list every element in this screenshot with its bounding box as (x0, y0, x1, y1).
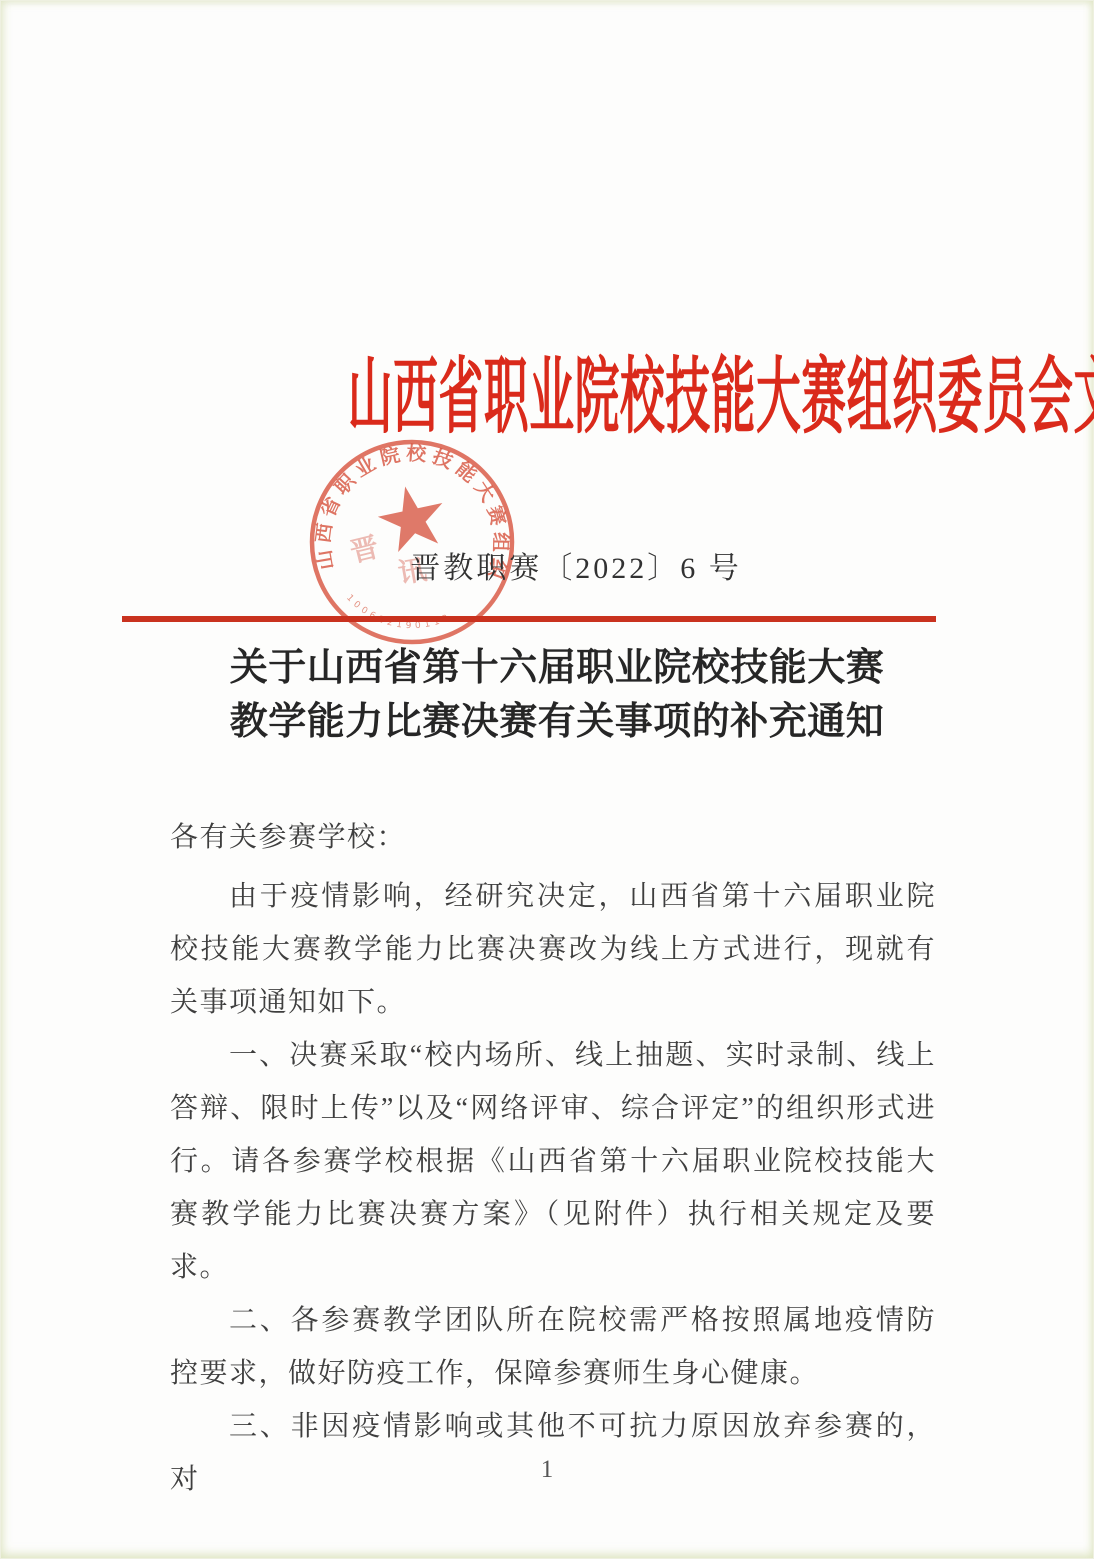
body-paragraph-4: 三、非因疫情影响或其他不可抗力原因放弃参赛的，对 (170, 1400, 936, 1506)
document-page: 山西省职业院校技能大赛组织委员会文件 山西省职业院校技能大赛组织委员会 1006… (0, 0, 1094, 1559)
red-header-title-text: 山西省职业院校技能大赛组织委员会文件 (348, 356, 1094, 439)
page-number: 1 (0, 1456, 1094, 1484)
document-title: 关于山西省第十六届职业院校技能大赛 教学能力比赛决赛有关事项的补充通知 (10, 641, 1094, 749)
body-paragraph-1: 由于疫情影响，经研究决定，山西省第十六届职业院校技能大赛教学能力比赛决赛改为线上… (170, 870, 936, 1029)
body-paragraph-3: 二、各参赛教学团队所在院校需严格按照属地疫情防控要求，做好防疫工作，保障参赛师生… (170, 1294, 936, 1400)
seal-ring-circle (312, 442, 512, 642)
body-paragraph-2: 一、决赛采取“校内场所、线上抽题、实时录制、线上答辩、限时上传”以及“网络评审、… (170, 1029, 936, 1294)
document-number: 晋教职赛〔2022〕6 号 (0, 543, 1094, 587)
document-body: 各有关参赛学校： 由于疫情影响，经研究决定，山西省第十六届职业院校技能大赛教学能… (170, 811, 936, 1506)
red-header-title: 山西省职业院校技能大赛组织委员会文件 (0, 356, 1094, 439)
document-title-line-2: 教学能力比赛决赛有关事项的补充通知 (10, 695, 1094, 749)
red-divider-rule (122, 616, 936, 622)
svg-text:100612190113: 100612190113 (344, 593, 454, 631)
salutation: 各有关参赛学校： (170, 811, 936, 864)
document-title-line-1: 关于山西省第十六届职业院校技能大赛 (10, 641, 1094, 695)
seal-bottom-code: 100612190113 (344, 593, 454, 631)
